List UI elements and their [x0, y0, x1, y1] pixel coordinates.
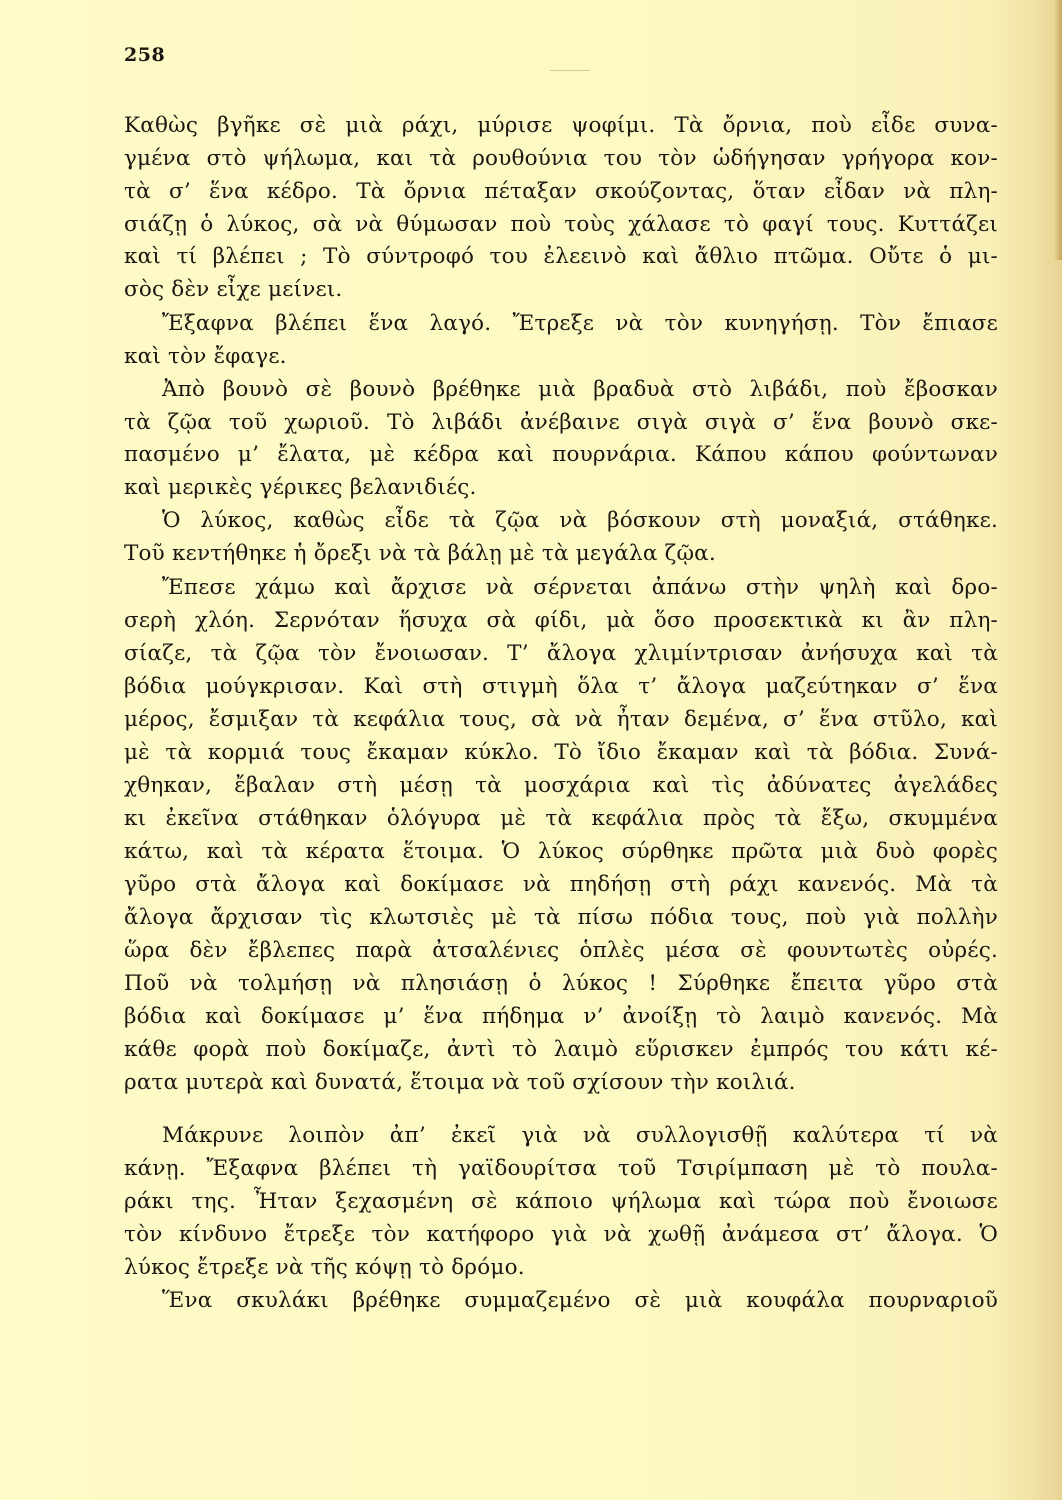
text-line: καὶ μερικὲς γέρικες βελανιδιές.: [124, 474, 998, 502]
text-line: γῦρο στὰ ἄλογα καὶ δοκίμασε νὰ πηδήσῃ στ…: [124, 871, 998, 899]
text-line: ρατα μυτερὰ καὶ δυνατά, ἕτοιμα νὰ τοῦ σχ…: [124, 1069, 998, 1097]
text-line: ὥρα δὲν ἔβλεπες παρὰ ἀτσαλένιες ὁπλὲς μέ…: [124, 937, 998, 965]
text-line: μέρος, ἔσμιξαν τὰ κεφάλια τους, σὰ νὰ ἦτ…: [124, 706, 998, 734]
text-line: χθηκαν, ἔβαλαν στὴ μέσῃ τὰ μοσχάρια καὶ …: [124, 772, 998, 800]
text-line: καὶ τί βλέπει ; Τὸ σύντροφό του ἐλεεινὸ …: [124, 243, 998, 271]
text-line: Τοῦ κεντήθηκε ἡ ὄρεξι νὰ τὰ βάλῃ μὲ τὰ μ…: [124, 540, 998, 568]
text-line: βόδια καὶ δοκίμασε μ’ ἕνα πήδημα ν’ ἀνοί…: [124, 1003, 998, 1031]
text-line: τὰ σ’ ἕνα κέδρο. Τὰ ὄρνια πέταξαν σκούζο…: [124, 178, 998, 206]
text-line: Ὁ λύκος, καθὼς εἶδε τὰ ζῷα νὰ βόσκουν στ…: [162, 507, 998, 535]
text-line: κάθε φορὰ ποὺ δοκίμαζε, ἀντὶ τὸ λαιμὸ εὕ…: [124, 1036, 998, 1064]
text-line: ἄλογα ἄρχισαν τὶς κλωτσιὲς μὲ τὰ πίσω πό…: [124, 904, 998, 932]
text-line: γμένα στὸ ψήλωμα, και τὰ ρουθούνια του τ…: [124, 145, 998, 173]
text-line: Ἔξαφνα βλέπει ἕνα λαγό. Ἔτρεξε νὰ τὸν κυ…: [162, 310, 998, 338]
text-line: τὸν κίνδυνο ἔτρεξε τὸν κατήφορο γιὰ νὰ χ…: [124, 1221, 998, 1249]
text-line: Ποῦ νὰ τολμήσῃ νὰ πλησιάσῃ ὁ λύκος ! Σύρ…: [124, 970, 998, 998]
text-line: σὸς δὲν εἶχε μείνει.: [124, 276, 998, 304]
text-line: τὰ ζῷα τοῦ χωριοῦ. Τὸ λιβάδι ἀνέβαινε σι…: [124, 409, 998, 437]
text-line: Ἔπεσε χάμω καὶ ἄρχισε νὰ σέρνεται ἀπάνω …: [162, 574, 998, 602]
text-line: ράκι της. Ἦταν ξεχασμένη σὲ κάποιο ψήλωμ…: [124, 1188, 998, 1216]
text-line: βόδια μούγκρισαν. Καὶ στὴ στιγμὴ ὅλα τ’ …: [124, 673, 998, 701]
text-line: σιάζῃ ὁ λύκος, σὰ νὰ θύμωσαν ποὺ τοὺς χά…: [124, 211, 998, 239]
print-mark: [550, 70, 590, 71]
text-line: κάτω, καὶ τὰ κέρατα ἕτοιμα. Ὁ λύκος σύρθ…: [124, 838, 998, 866]
binding-shadow: [1054, 0, 1062, 260]
text-line: πασμένο μ’ ἔλατα, μὲ κέδρα καὶ πουρνάρια…: [124, 441, 998, 469]
text-line: Καθὼς βγῆκε σὲ μιὰ ράχι, μύρισε ψοφίμι. …: [124, 112, 998, 140]
text-line: Ἕνα σκυλάκι βρέθηκε συμμαζεμένο σὲ μιὰ κ…: [162, 1287, 998, 1315]
text-line: κάνῃ. Ἔξαφνα βλέπει τὴ γαϊδουρίτσα τοῦ Τ…: [124, 1155, 998, 1183]
page-number: 258: [124, 44, 165, 66]
text-line: κι ἐκεῖνα στάθηκαν ὁλόγυρα μὲ τὰ κεφάλια…: [124, 805, 998, 833]
text-line: λύκος ἔτρεξε νὰ τῆς κόψῃ τὸ δρόμο.: [124, 1254, 998, 1282]
text-line: μὲ τὰ κορμιά τους ἔκαμαν κύκλο. Τὸ ἴδιο …: [124, 739, 998, 767]
text-line: Ἀπὸ βουνὸ σὲ βουνὸ βρέθηκε μιὰ βραδυὰ στ…: [162, 376, 998, 404]
text-line: σερὴ χλόη. Σερνόταν ἥσυχα σὰ φίδι, μὰ ὅσ…: [124, 607, 998, 635]
text-line: καὶ τὸν ἔφαγε.: [124, 343, 998, 371]
text-line: Μάκρυνε λοιπὸν ἀπ’ ἐκεῖ γιὰ νὰ συλλογισθ…: [162, 1122, 998, 1150]
text-line: σίαζε, τὰ ζῷα τὸν ἔνοιωσαν. Τ’ ἄλογα χλι…: [124, 640, 998, 668]
